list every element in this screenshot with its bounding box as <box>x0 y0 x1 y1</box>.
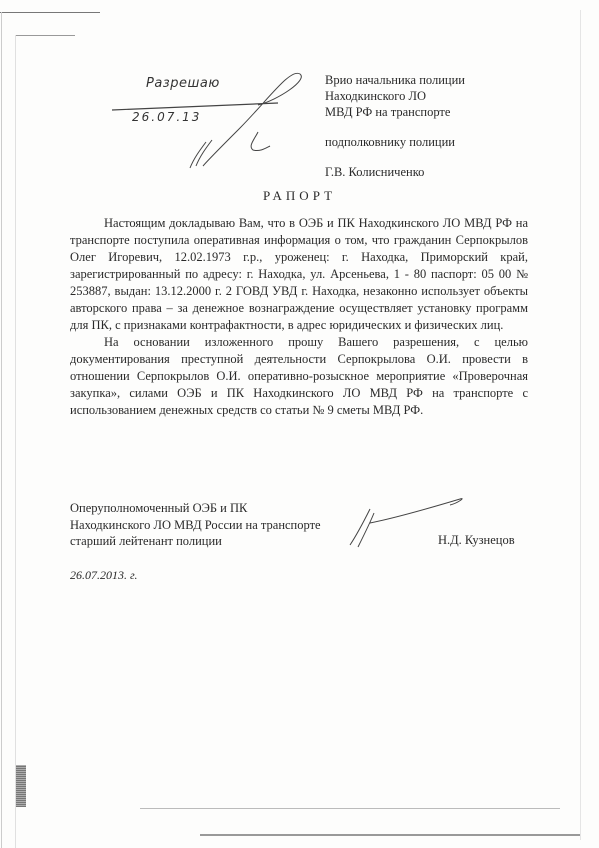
scan-edge <box>140 808 560 809</box>
paragraph: На основании изложенного прошу Вашего ра… <box>70 334 528 419</box>
scan-edge <box>0 12 100 13</box>
signer-name: Н.Д. Кузнецов <box>438 533 515 548</box>
resolution-date: 26.07.13 <box>132 110 201 124</box>
scan-edge <box>15 35 75 36</box>
addressee-line: Находкинского ЛО <box>325 88 465 104</box>
addressee-rank: подполковнику полиции <box>325 134 465 150</box>
addressee-line: МВД РФ на транспорте <box>325 104 465 120</box>
addressee-block: Врио начальника полиции Находкинского ЛО… <box>325 72 465 180</box>
scan-blot <box>16 765 26 807</box>
position-line: Оперуполномоченный ОЭБ и ПК <box>70 500 321 517</box>
scan-edge <box>15 35 16 848</box>
signer-position: Оперуполномоченный ОЭБ и ПК Находкинског… <box>70 500 321 550</box>
report-body: Настоящим докладываю Вам, что в ОЭБ и ПК… <box>70 215 528 419</box>
position-line: Находкинского ЛО МВД России на транспорт… <box>70 517 321 534</box>
position-line: старший лейтенант полиции <box>70 533 321 550</box>
document-date: 26.07.2013. г. <box>70 568 138 583</box>
resolution-text: Разрешаю <box>146 76 220 91</box>
scan-edge <box>580 10 581 840</box>
scan-edge <box>200 834 580 836</box>
resolution-stamp: Разрешаю 26.07.13 <box>108 70 318 180</box>
paragraph: Настоящим докладываю Вам, что в ОЭБ и ПК… <box>70 215 528 334</box>
addressee-name: Г.В. Колисниченко <box>325 164 465 180</box>
scan-edge <box>1 12 2 848</box>
addressee-line: Врио начальника полиции <box>325 72 465 88</box>
document-title: РАПОРТ <box>0 188 599 204</box>
